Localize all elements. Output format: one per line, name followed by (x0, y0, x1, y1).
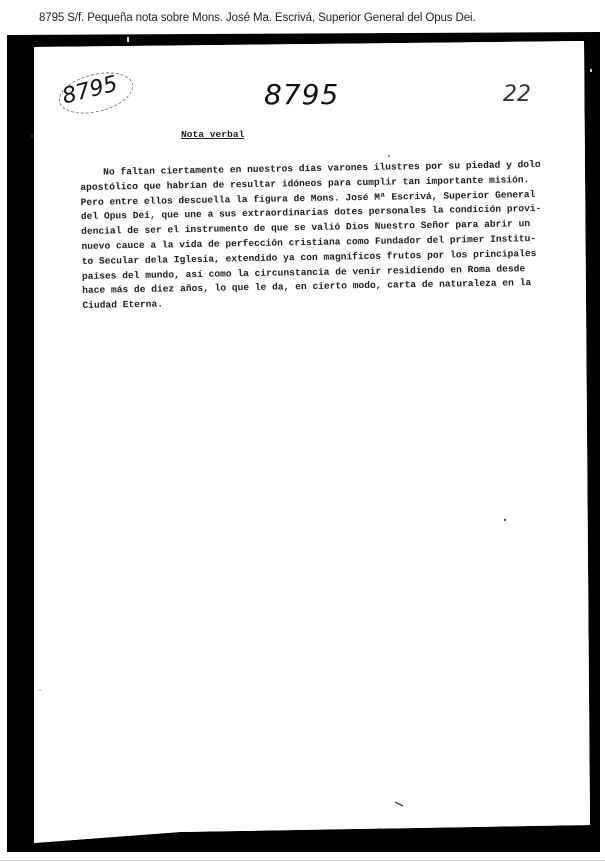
document-title: Nota verbal (181, 129, 244, 140)
handwritten-archive-number: 8795 (264, 78, 339, 111)
scanned-page: 8795 8795 22 Nota verbal No faltan ciert… (0, 0, 605, 862)
handwritten-page-number: 22 (503, 82, 531, 107)
document-body: No faltan ciertamente en nuestros días v… (80, 157, 583, 314)
bottom-divider (0, 860, 605, 861)
scan-frame (0, 0, 605, 862)
